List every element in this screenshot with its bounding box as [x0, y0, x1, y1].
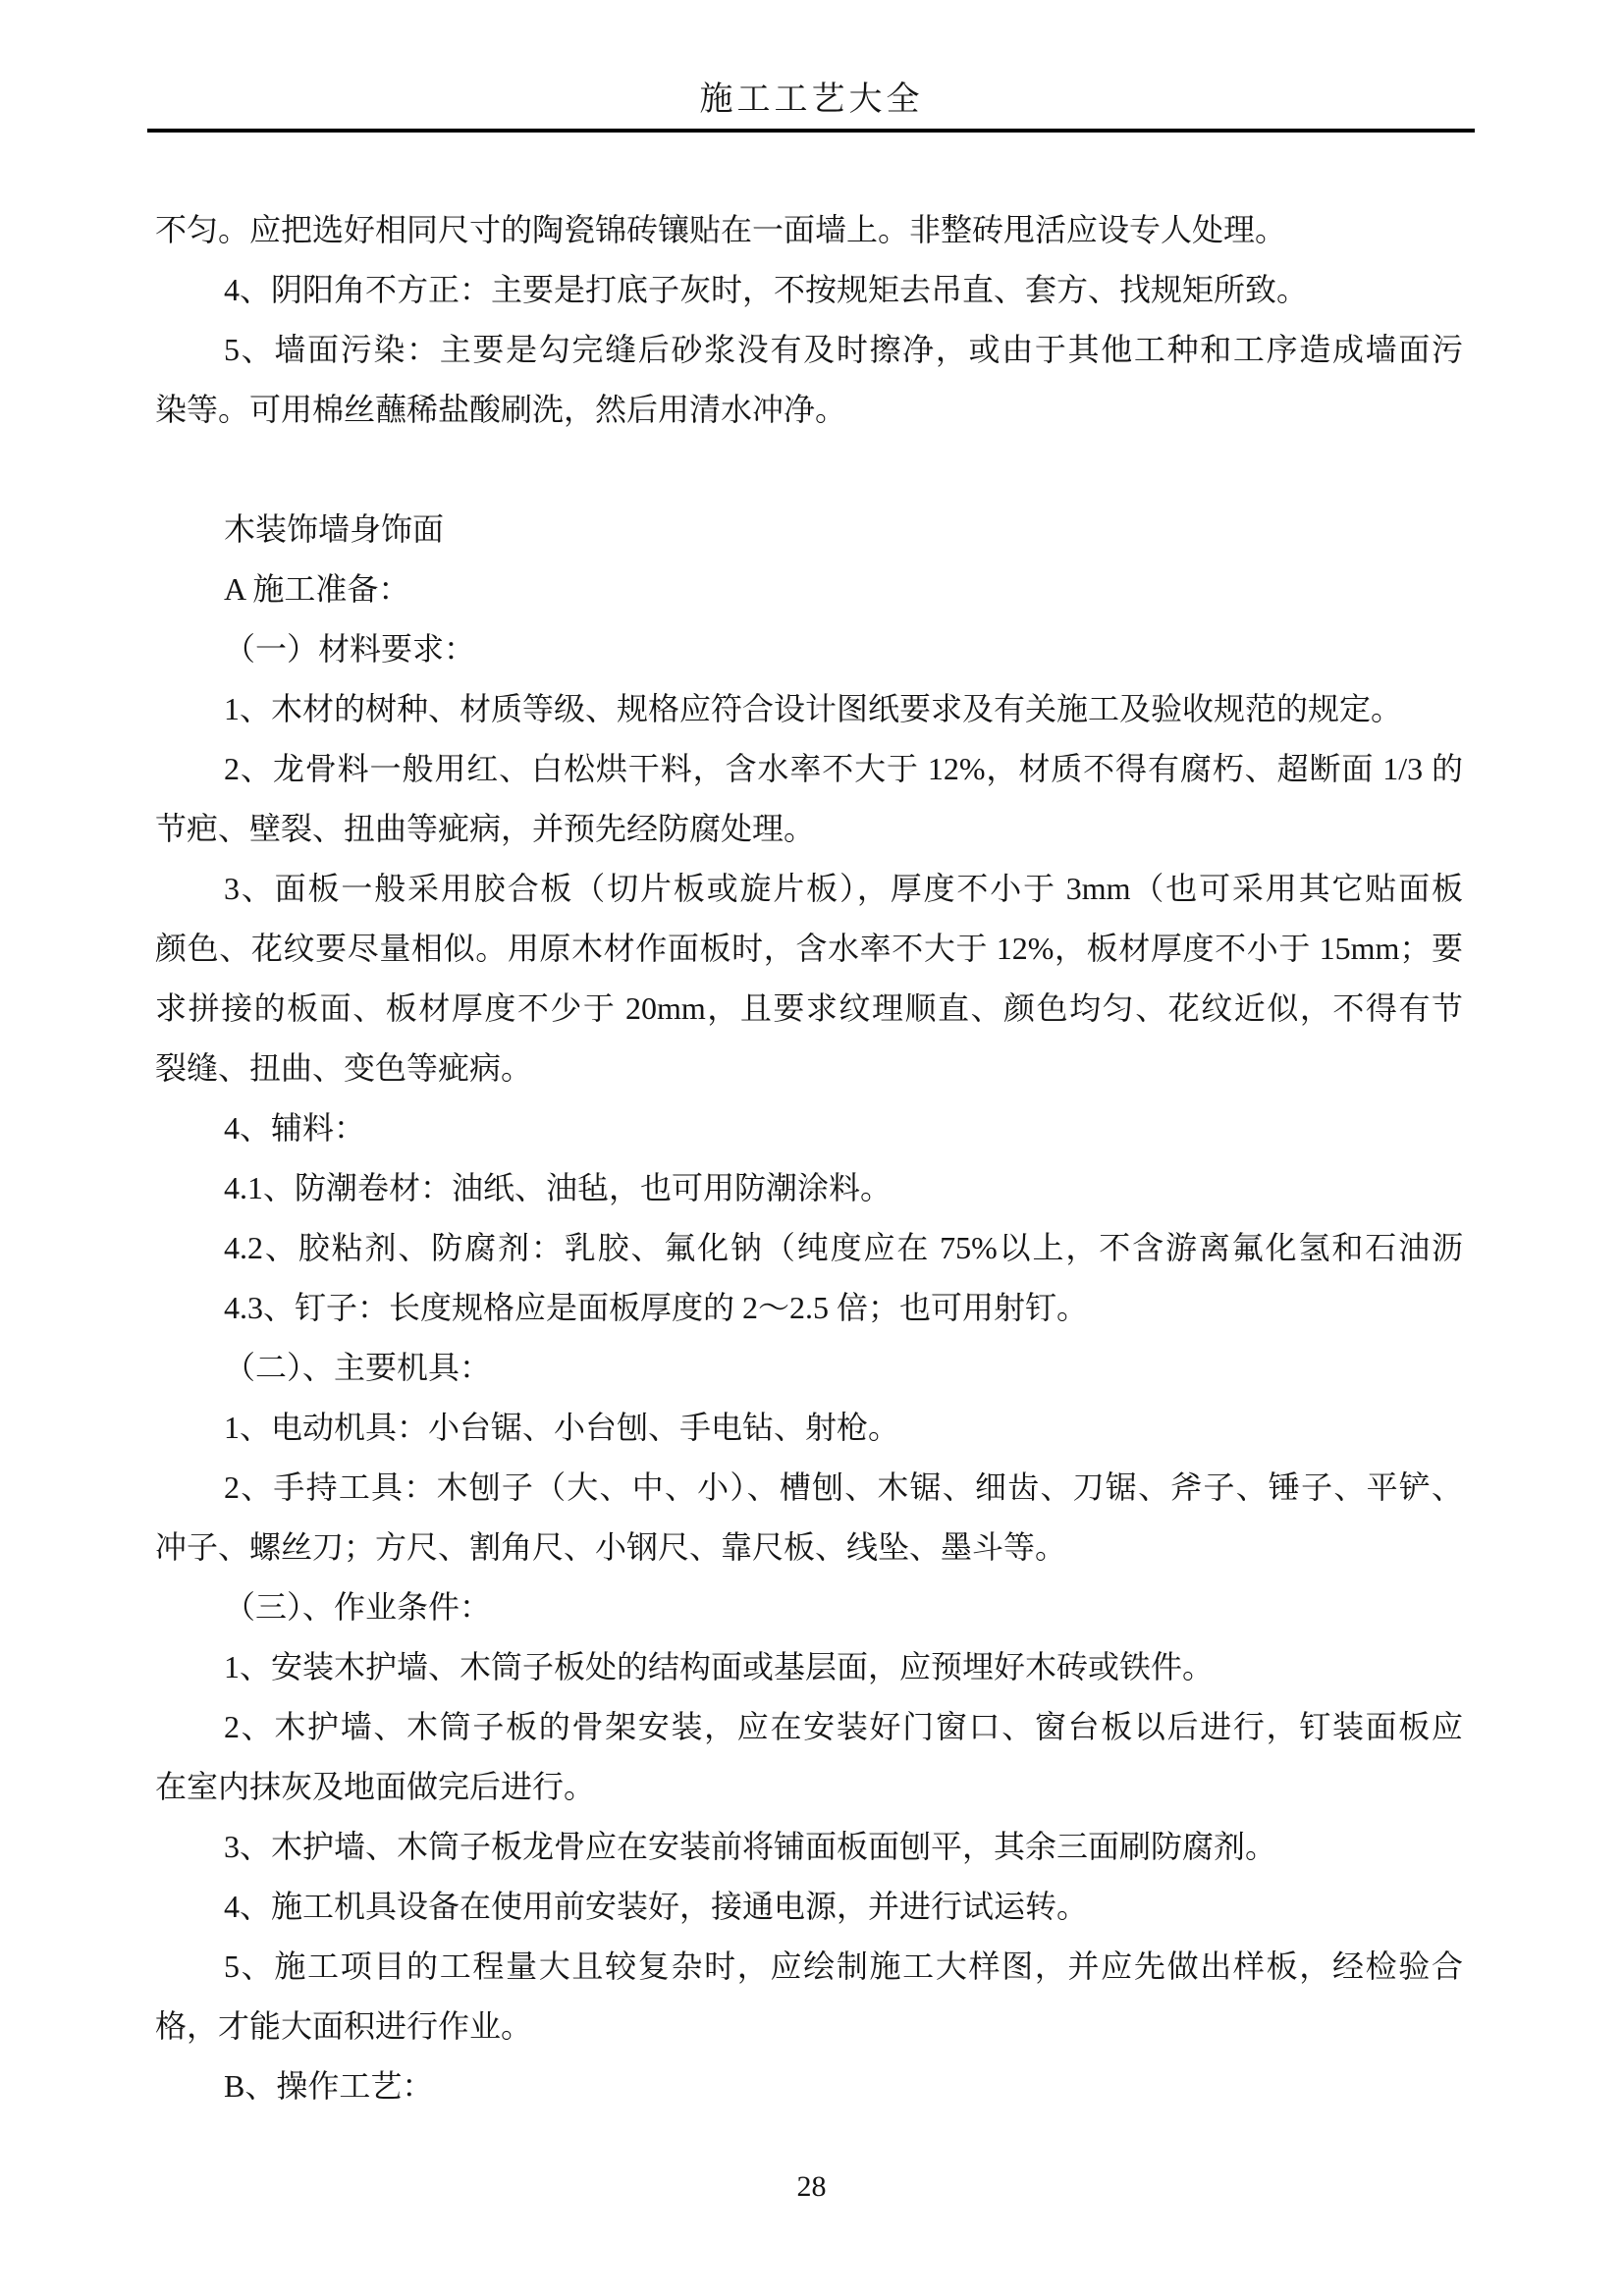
- text-line: 节疤、壁裂、扭曲等疵病，并预先经防腐处理。: [155, 799, 1463, 859]
- text-line: 2、龙骨料一般用红、白松烘干料，含水率不大于 12%，材质不得有腐朽、超断面 1…: [155, 739, 1463, 799]
- text-line: 裂缝、扭曲、变色等疵病。: [155, 1039, 1463, 1098]
- text-line: 不匀。应把选好相同尺寸的陶瓷锦砖镶贴在一面墙上。非整砖甩活应设专人处理。: [155, 200, 1463, 260]
- text-line: 冲子、螺丝刀；方尺、割角尺、小钢尺、靠尺板、线坠、墨斗等。: [155, 1518, 1463, 1577]
- text-line: 5、墙面污染：主要是勾完缝后砂浆没有及时擦净，或由于其他工种和工序造成墙面污: [155, 320, 1463, 380]
- text-line: 格，才能大面积进行作业。: [155, 1997, 1463, 2056]
- text-line: 在室内抹灰及地面做完后进行。: [155, 1757, 1463, 1817]
- text-line: （一）材料要求：: [155, 619, 1463, 679]
- text-line: 求拼接的板面、板材厚度不少于 20mm，且要求纹理顺直、颜色均匀、花纹近似，不得…: [155, 979, 1463, 1039]
- text-line: 颜色、花纹要尽量相似。用原木材作面板时，含水率不大于 12%，板材厚度不小于 1…: [155, 919, 1463, 979]
- text-line: 染等。可用棉丝蘸稀盐酸刷洗，然后用清水冲净。: [155, 380, 1463, 440]
- text-line: 1、安装木护墙、木筒子板处的结构面或基层面，应预埋好木砖或铁件。: [155, 1637, 1463, 1697]
- page-header-title: 施工工艺大全: [0, 80, 1623, 120]
- document-page: 施工工艺大全 不匀。应把选好相同尺寸的陶瓷锦砖镶贴在一面墙上。非整砖甩活应设专人…: [0, 0, 1623, 2296]
- text-line: A 施工准备：: [155, 560, 1463, 619]
- text-line: 4、阴阳角不方正：主要是打底子灰时，不按规矩去吊直、套方、找规矩所致。: [155, 260, 1463, 320]
- text-line: 4.1、防潮卷材：油纸、油毡，也可用防潮涂料。: [155, 1158, 1463, 1218]
- page-number: 28: [0, 2167, 1623, 2207]
- text-line: 4、辅料：: [155, 1098, 1463, 1158]
- text-line: B、操作工艺：: [155, 2056, 1463, 2116]
- text-line: 2、手持工具：木刨子（大、中、小）、槽刨、木锯、细齿、刀锯、斧子、锤子、平铲、: [155, 1458, 1463, 1518]
- text-line: 4.3、钉子：长度规格应是面板厚度的 2～2.5 倍；也可用射钉。: [155, 1278, 1463, 1338]
- header-rule-divider: [147, 129, 1475, 133]
- text-line: 3、面板一般采用胶合板（切片板或旋片板），厚度不小于 3mm（也可采用其它贴面板…: [155, 859, 1463, 919]
- text-line: 3、木护墙、木筒子板龙骨应在安装前将铺面板面刨平，其余三面刷防腐剂。: [155, 1817, 1463, 1877]
- text-line: 5、施工项目的工程量大且较复杂时，应绘制施工大样图，并应先做出样板，经检验合: [155, 1937, 1463, 1997]
- text-line: （三）、作业条件：: [155, 1577, 1463, 1637]
- blank-line: [155, 440, 1463, 500]
- text-line: 4.2、胶粘剂、防腐剂：乳胶、氟化钠（纯度应在 75%以上，不含游离氟化氢和石油…: [155, 1218, 1463, 1278]
- text-line: 4、施工机具设备在使用前安装好，接通电源，并进行试运转。: [155, 1877, 1463, 1937]
- text-line: 2、木护墙、木筒子板的骨架安装，应在安装好门窗口、窗台板以后进行，钉装面板应: [155, 1697, 1463, 1757]
- text-line: （二）、主要机具：: [155, 1338, 1463, 1398]
- text-line: 1、木材的树种、材质等级、规格应符合设计图纸要求及有关施工及验收规范的规定。: [155, 679, 1463, 739]
- text-line: 木装饰墙身饰面: [155, 500, 1463, 560]
- text-line: 1、电动机具：小台锯、小台刨、手电钻、射枪。: [155, 1398, 1463, 1458]
- document-body: 不匀。应把选好相同尺寸的陶瓷锦砖镶贴在一面墙上。非整砖甩活应设专人处理。4、阴阳…: [155, 200, 1463, 2116]
